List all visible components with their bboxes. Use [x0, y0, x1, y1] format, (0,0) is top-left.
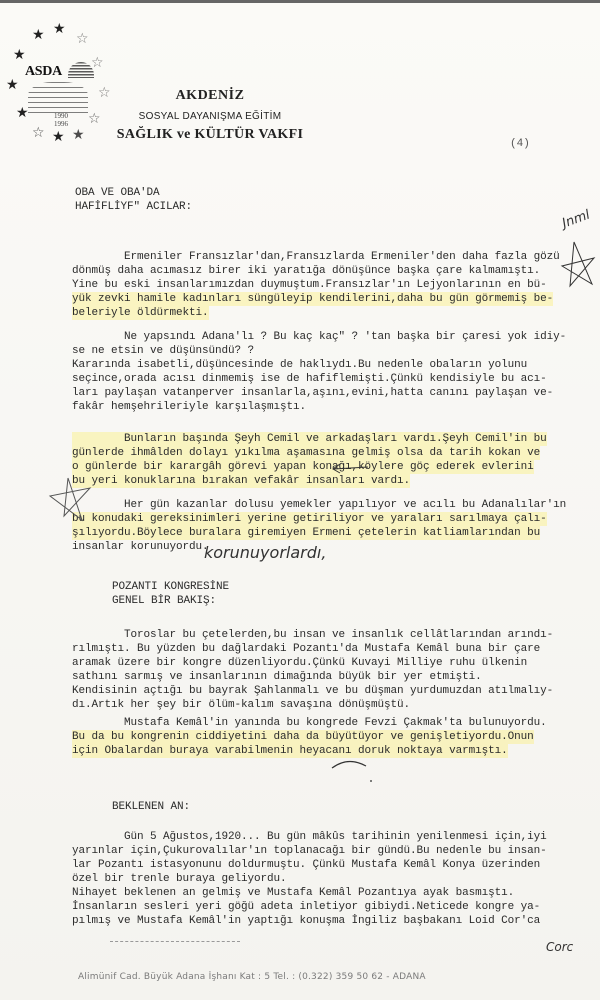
correction-arrow-icon — [330, 459, 370, 475]
section-heading-2-line-2: GENEL BİR BAKIŞ: — [112, 594, 216, 608]
correction-mark-icon — [330, 758, 370, 770]
star-icon: ★ — [32, 28, 45, 42]
text-line: insanlar korunuyordu. — [72, 540, 209, 554]
text-line: Ne yapsındı Adana'lı ? Bu kaç kaç" ? 'ta… — [72, 330, 566, 344]
hand-drawn-star-icon — [560, 240, 600, 290]
org-line-3: SAĞLIK ve KÜLTÜR VAKFI — [110, 127, 310, 143]
handwritten-correction: korunuyorlardı, — [204, 543, 326, 562]
organization-name: AKDENİZ SOSYAL DAYANIŞMA EĞİTİM SAĞLIK v… — [110, 88, 310, 143]
text-line-highlighted: bu yeri konuklarına bırakan vefakâr insa… — [72, 474, 410, 488]
star-icon: ★ — [72, 128, 85, 142]
star-icon: ★ — [52, 130, 65, 144]
text-line: Yine bu eski insanlarımızdan duymuştum.F… — [72, 278, 547, 292]
star-icon: ☆ — [98, 86, 111, 100]
text-line: dönmüş daha acımasız birer iki yaratığa … — [72, 264, 540, 278]
text-line-highlighted: o günlerde bir karargâh görevi yapan kon… — [72, 460, 534, 474]
star-icon: ★ — [6, 78, 19, 92]
text-line: pılmış ve Mustafa Kemâl'in yaptığı konuş… — [72, 914, 540, 928]
section-heading-1-line-1: OBA VE OBA'DA — [75, 186, 160, 200]
handwritten-initials: Jnml — [560, 208, 592, 232]
section-heading-2-line-1: POZANTI KONGRESİNE — [112, 580, 229, 594]
text-line-highlighted: Bu da bu kongrenin ciddiyetini daha da b… — [72, 730, 534, 744]
text-line-highlighted: bu konudaki gereksinimleri yerine getiri… — [72, 512, 547, 526]
text-line: Toroslar bu çetelerden,bu insan ve insan… — [72, 628, 553, 642]
text-line: Kendisinin açtığı bu bayrak Şahlanmalı v… — [72, 684, 553, 698]
text-line: İnsanların sesleri yeri göğü adeta inlet… — [72, 900, 540, 914]
org-line-2: SOSYAL DAYANIŞMA EĞİTİM — [110, 111, 310, 122]
section-heading-1-line-2: HAFİFLİYF" ACILAR: — [75, 200, 192, 214]
org-line-1: AKDENİZ — [110, 88, 310, 104]
text-line: fakâr hemşehrileriyle karşılaşmıştı. — [72, 400, 306, 414]
page-number: (4) — [510, 138, 530, 150]
star-icon: ★ — [13, 48, 26, 62]
star-icon: ☆ — [91, 56, 104, 70]
logo-year-start: 1990 — [54, 112, 68, 120]
text-line: Her gün kazanlar dolusu yemekler yapılıy… — [72, 498, 566, 512]
text-line: yarınlar için,Çukurovalılar'ın toplanaca… — [72, 844, 547, 858]
scan-artifact-dot — [370, 780, 372, 782]
star-icon: ★ — [16, 106, 29, 120]
text-line: ları paylaşan vatanperver insanlarla,aşı… — [72, 386, 553, 400]
text-line-highlighted: günlerde ihmâlden dolayı yıkılma aşaması… — [72, 446, 540, 460]
text-line-highlighted: için Obalardan buraya varabilmenin heyac… — [72, 744, 508, 758]
text-line: Kararında isabetli,düşüncesinde de haklı… — [72, 358, 527, 372]
star-icon: ☆ — [76, 32, 89, 46]
scan-artifact-line — [110, 941, 240, 942]
star-icon: ★ — [53, 22, 66, 36]
text-line-highlighted: Bunların başında Şeyh Cemil ve arkadaşla… — [72, 432, 547, 446]
logo-text: ASDA — [25, 64, 62, 80]
text-line: Mustafa Kemâl'in yanında bu kongrede Fev… — [72, 716, 547, 730]
text-line: lar Pozantı istasyonunu doldurmuştu. Çün… — [72, 858, 540, 872]
text-line: dı.Artık her şey bir ölüm-kalım savaşına… — [72, 698, 410, 712]
asda-logo: ★ ★ ☆ ★ ☆ ★ ☆ ★ ☆ ☆ ★ ★ ASDA 1990 1996 — [6, 14, 106, 124]
hand-drawn-star-icon — [46, 476, 96, 526]
star-icon: ☆ — [32, 126, 45, 140]
text-line: Nihayet beklenen an gelmiş ve Mustafa Ke… — [72, 886, 514, 900]
logo-year-end: 1996 — [54, 120, 68, 128]
logo-years: 1990 1996 — [54, 112, 68, 128]
footer-address: Alimünif Cad. Büyük Adana İşhanı Kat : 5… — [78, 972, 426, 982]
text-line: özel bir trenle buraya geliyordu. — [72, 872, 287, 886]
handwritten-correction: Corc — [546, 940, 573, 954]
section-heading-3: BEKLENEN AN: — [112, 800, 190, 814]
text-line: sathını sarmış ve insanlarının dimağında… — [72, 670, 482, 684]
text-line: Gün 5 Ağustos,1920... Bu gün mâkûs tarih… — [72, 830, 547, 844]
text-line: Ermeniler Fransızlar'dan,Fransızlarda Er… — [72, 250, 560, 264]
text-line-highlighted: beleriyle öldürmekti. — [72, 306, 209, 320]
document-page: ★ ★ ☆ ★ ☆ ★ ☆ ★ ☆ ☆ ★ ★ ASDA 1990 1996 A… — [0, 0, 600, 1000]
text-line: seçince,orada acısı dinmemiş ise de hafi… — [72, 372, 547, 386]
logo-waves-graphic — [28, 82, 88, 116]
text-line: aramak üzere bir kongre düzenliyordu.Çün… — [72, 656, 527, 670]
text-line: rılmıştı. Bu yüzden bu dağlardaki Pozant… — [72, 642, 540, 656]
star-icon: ☆ — [88, 112, 101, 126]
scan-edge — [0, 0, 600, 3]
text-line-highlighted: şılıyordu.Böylece buralara giremiyen Erm… — [72, 526, 540, 540]
text-line: se ne etsin ve düşünsündü? ? — [72, 344, 254, 358]
text-line-highlighted: yük zevki hamile kadınları süngüleyip ke… — [72, 292, 553, 306]
